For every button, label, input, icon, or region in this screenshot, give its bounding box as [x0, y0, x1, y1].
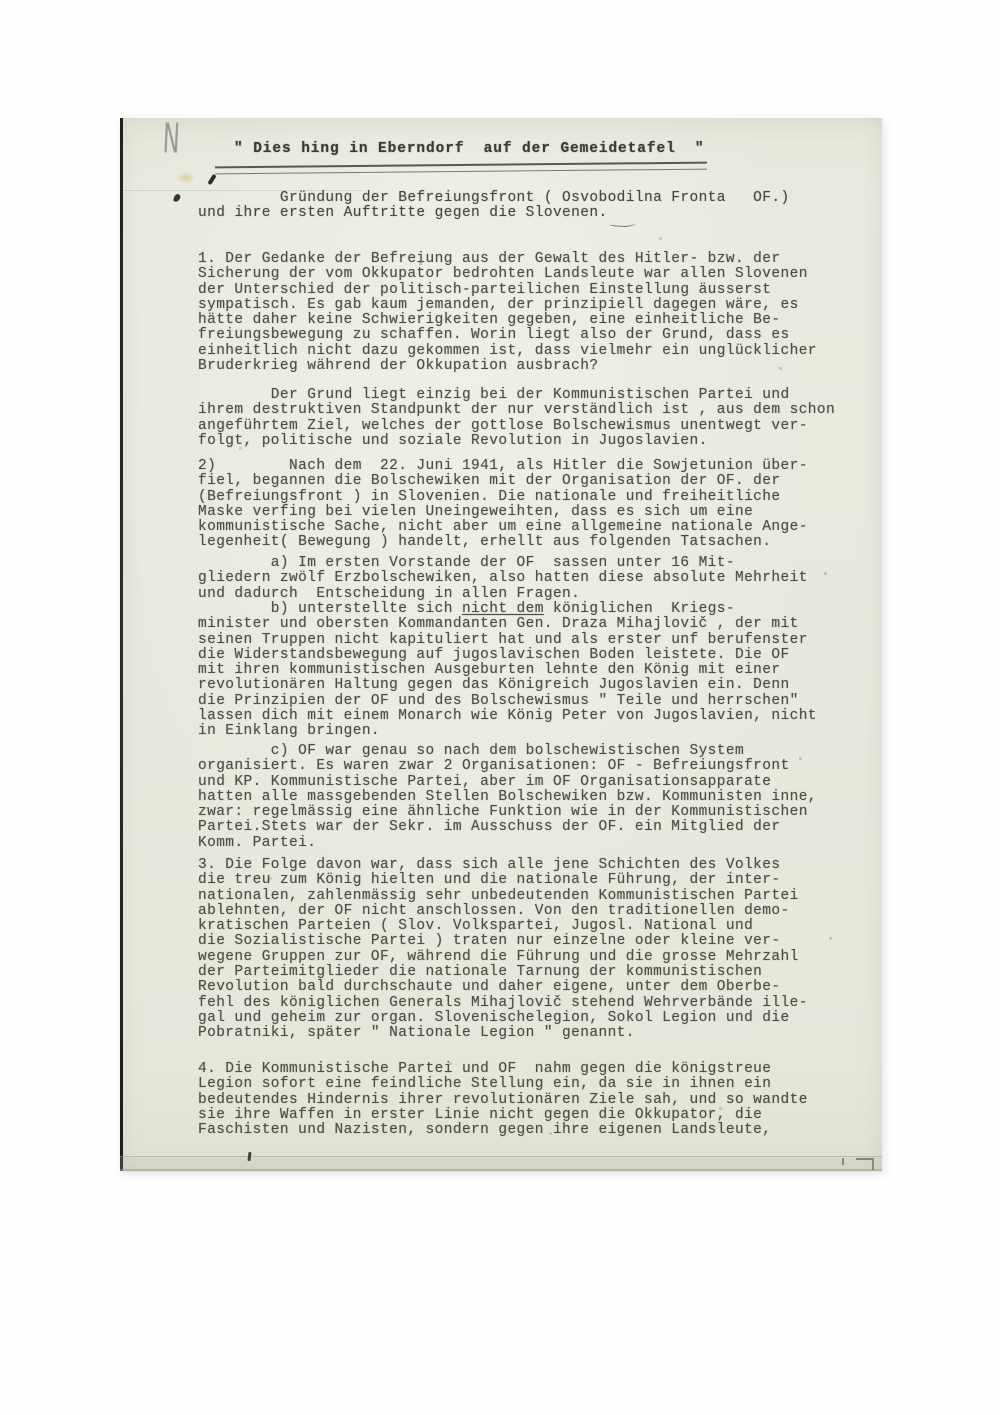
text-line: legenheit( Bewegung ) handelt, erhellt a… — [198, 535, 808, 550]
text-line: Maske verfing bei vielen Uneingeweihten,… — [198, 505, 808, 520]
title-underline — [215, 162, 707, 175]
document-title: " Dies hing in Eberndorf auf der Gemeide… — [234, 141, 704, 157]
text-line: fiel, begannen die Bolschewiken mit der … — [198, 474, 808, 489]
text-line: die Widerstandsbewegung auf jugoslavisch… — [198, 648, 817, 663]
text-line: ablehnten, der OF nicht anschlossen. Von… — [198, 904, 808, 919]
document-subtitle-line-1: Gründung der Befreiungsfront ( Osvobodil… — [198, 190, 790, 206]
text-line: 2) Nach dem 22. Juni 1941, als Hitler di… — [198, 459, 808, 474]
document-subtitle-line-2: und ihre ersten Auftritte gegen die Slov… — [198, 205, 608, 221]
text-line: Der Grund liegt einzig bei der Kommunist… — [198, 388, 835, 403]
text-line: a) Im ersten Vorstande der OF sassen unt… — [198, 556, 808, 571]
paragraph-4: 4. Die Kommunistische Partei und OF nahm… — [198, 1062, 808, 1138]
text-line: 1. Der Gedanke der Befreiung aus der Gew… — [198, 252, 817, 267]
text-line: wegene Gruppen zur OF, während die Führu… — [198, 950, 808, 965]
text-line: hatten alle massgebenden Stellen Bolsche… — [198, 790, 817, 805]
text-line: nationalen, zahlenmässig sehr unbedeuten… — [198, 889, 808, 904]
text-line: organisiert. Es waren zwar 2 Organisatio… — [198, 759, 817, 774]
text-line: in Einklang bringen. — [198, 724, 817, 739]
text-line: angeführtem Ziel, welches der gottlose B… — [198, 419, 835, 434]
text-line: (Befreiungsfront ) in Slovenien. Die nat… — [198, 490, 808, 505]
text-segment: b) unterstellte sich — [198, 601, 462, 617]
text-line: 3. Die Folge davon war, dass sich alle j… — [198, 858, 808, 873]
text-line: die Sozialistische Partei ) traten nur e… — [198, 934, 808, 949]
text-line: die treu zum König hielten und die natio… — [198, 873, 808, 888]
paragraph-3: 3. Die Folge davon war, dass sich alle j… — [198, 858, 808, 1042]
text-line: der Unterschied der politisch-parteilich… — [198, 283, 817, 298]
text-line: Faschisten und Nazisten, sondern gegen i… — [198, 1123, 808, 1138]
text-segment: königlichen Kriegs- — [544, 601, 735, 617]
text-line: Partei.Stets war der Sekr. im Ausschuss … — [198, 820, 817, 835]
paragraph-item-c: c) OF war genau so nach dem bolschewisti… — [198, 744, 817, 851]
pen-swash — [610, 217, 637, 228]
paragraph-item-b: b) unterstellte sich nicht dem königlich… — [198, 602, 817, 740]
text-line: sie ihre Waffen in erster Linie nicht ge… — [198, 1108, 808, 1123]
underlined-word: nicht dem — [462, 601, 544, 617]
text-line: Komm. Partei. — [198, 836, 817, 851]
text-line: und dadurch Entscheidung in allen Fragen… — [198, 587, 808, 602]
text-line: einheitlich nicht dazu gekommen ist, das… — [198, 344, 817, 359]
paragraph-section-2: 2) Nach dem 22. Juni 1941, als Hitler di… — [198, 459, 808, 551]
text-line: die Prinzipien der OF und des Bolschewis… — [198, 694, 817, 709]
typewritten-text-layer: " Dies hing in Eberndorf auf der Gemeide… — [120, 118, 882, 1171]
text-line: freiungsbewegung zu schaffen. Worin lieg… — [198, 328, 817, 343]
text-line: Pobratniki, später " Nationale Legion " … — [198, 1026, 808, 1041]
text-line: sympatisch. Es gab kaum jemanden, der pr… — [198, 298, 817, 313]
paragraph-item-a: a) Im ersten Vorstande der OF sassen unt… — [198, 556, 808, 602]
text-line: 4. Die Kommunistische Partei und OF nahm… — [198, 1062, 808, 1077]
text-line: und KP. Kommunistische Partei, aber im O… — [198, 775, 817, 790]
paper-sheet: N " Dies hing in Eberndorf auf der Gemei… — [120, 118, 882, 1171]
text-line: Sicherung der vom Okkupator bedrohten La… — [198, 267, 817, 282]
paragraph-1: 1. Der Gedanke der Befreiung aus der Gew… — [198, 252, 817, 374]
text-line: Bruderkrieg während der Okkupation ausbr… — [198, 359, 817, 374]
paragraph-lines: minister und obersten Kommandanten Gen. … — [198, 617, 817, 739]
text-line: folgt, politische und soziale Revolution… — [198, 434, 835, 449]
text-line: fehl des königlichen Generals Mihajlovič… — [198, 996, 808, 1011]
text-line: Revolution bald durchschaute und daher e… — [198, 980, 808, 995]
text-line: b) unterstellte sich nicht dem königlich… — [198, 602, 817, 617]
paragraph-2: Der Grund liegt einzig bei der Kommunist… — [198, 388, 835, 449]
text-line: c) OF war genau so nach dem bolschewisti… — [198, 744, 817, 759]
text-line: bedeutendes Hindernis ihrer revolutionär… — [198, 1093, 808, 1108]
text-line: ihrem destruktiven Standpunkt der nur ve… — [198, 403, 835, 418]
text-line: minister und obersten Kommandanten Gen. … — [198, 617, 817, 632]
text-line: revolutionären Haltung gegen das Königre… — [198, 678, 817, 693]
text-line: seinen Truppen nicht kapituliert hat und… — [198, 633, 817, 648]
text-line: gal und geheim zur organ. Slovenischeleg… — [198, 1011, 808, 1026]
scan-background: N " Dies hing in Eberndorf auf der Gemei… — [0, 0, 1000, 1415]
text-line: gliedern zwölf Erzbolschewiken, also hat… — [198, 571, 808, 586]
text-line: Legion sofort eine feindliche Stellung e… — [198, 1077, 808, 1092]
